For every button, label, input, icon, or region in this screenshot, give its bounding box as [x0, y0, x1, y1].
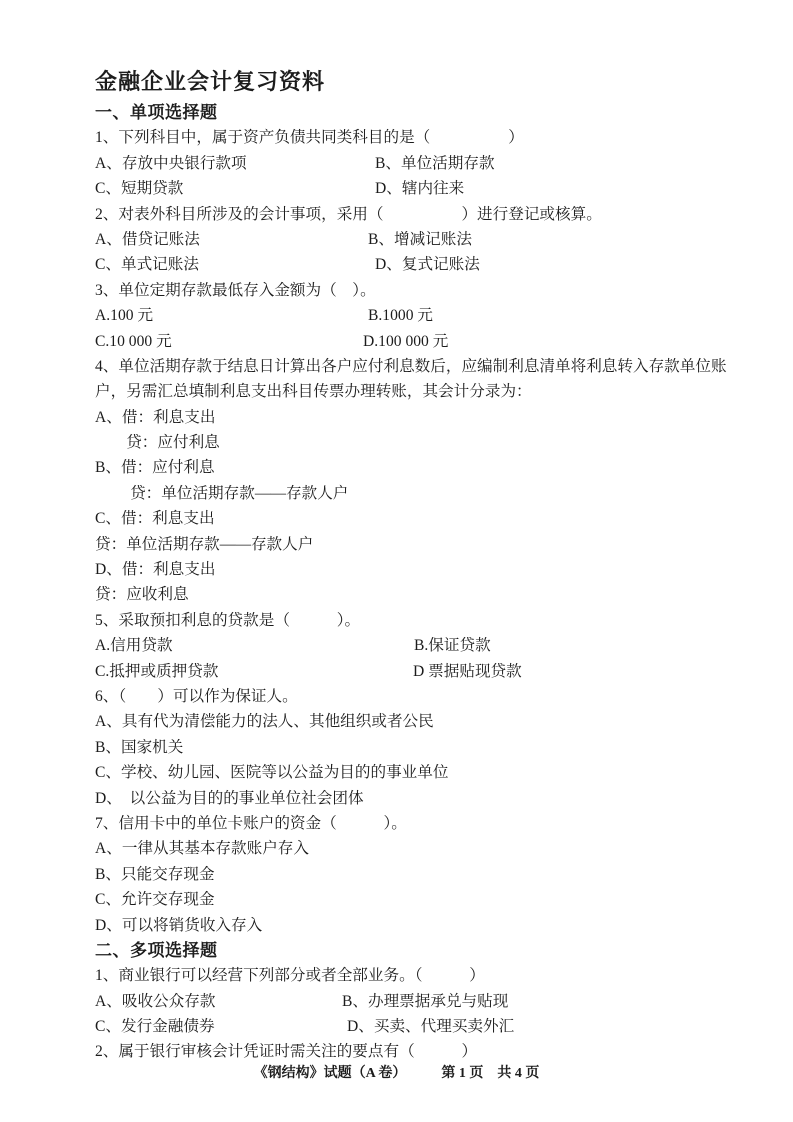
line-text: 7、信用卡中的单位卡账户的资金（ ）。 [95, 811, 407, 836]
line-text-column-2: B、增减记账法 [368, 227, 472, 252]
text-line: D、可以将销货收入存入 [95, 913, 745, 938]
line-text-column-2: D.100 000 元 [363, 329, 448, 354]
line-text-column-2: B.保证贷款 [414, 633, 491, 658]
line-text: 6、（ ）可以作为保证人。 [95, 684, 298, 709]
text-line: C、允许交存现金 [95, 887, 745, 912]
text-line: 6、（ ）可以作为保证人。 [95, 684, 745, 709]
line-text: A、借贷记账法 [95, 227, 200, 252]
text-line: A、一律从其基本存款账户存入 [95, 836, 745, 861]
text-line: 7、信用卡中的单位卡账户的资金（ ）。 [95, 811, 745, 836]
text-line: B、只能交存现金 [95, 862, 745, 887]
text-line: 4、单位活期存款于结息日计算出各户应付利息数后，应编制利息清单将利息转入存款单位… [95, 354, 745, 379]
text-line: 5、采取预扣利息的贷款是（ ）。 [95, 608, 745, 633]
text-line: C.抵押或质押贷款D 票据贴现贷款 [95, 659, 745, 684]
text-line: C、学校、幼儿园、医院等以公益为目的的事业单位 [95, 760, 745, 785]
section-heading: 二、多项选择题 [95, 938, 745, 963]
text-line: A、借：利息支出 [95, 405, 745, 430]
text-line: 贷：应收利息 [95, 582, 745, 607]
document-body: 一、单项选择题1、下列科目中，属于资产负债共同类科目的是（ ）A、存放中央银行款… [95, 100, 745, 1065]
line-text: A、吸收公众存款 [95, 989, 215, 1014]
text-line: B、国家机关 [95, 735, 745, 760]
line-text: 1、商业银行可以经营下列部分或者全部业务。（ ） [95, 963, 485, 988]
text-line: A、存放中央银行款项B、单位活期存款 [95, 151, 745, 176]
line-text-column-2: D 票据贴现贷款 [413, 659, 522, 684]
line-text: 一、单项选择题 [95, 100, 218, 125]
line-text: 贷：单位活期存款——存款人户 [95, 532, 313, 557]
text-line: 3、单位定期存款最低存入金额为（ ）。 [95, 278, 745, 303]
line-text: 5、采取预扣利息的贷款是（ ）。 [95, 608, 360, 633]
line-text: 1、下列科目中，属于资产负债共同类科目的是（ ） [95, 125, 524, 150]
text-line: A、借贷记账法B、增减记账法 [95, 227, 745, 252]
line-text-column-2: D、复式记账法 [375, 252, 480, 277]
text-line: 1、商业银行可以经营下列部分或者全部业务。（ ） [95, 963, 745, 988]
line-text: A.信用贷款 [95, 633, 173, 658]
text-line: 贷：单位活期存款——存款人户 [95, 481, 745, 506]
text-line: A.100 元B.1000 元 [95, 303, 745, 328]
text-line: C、发行金融债券D、买卖、代理买卖外汇 [95, 1014, 745, 1039]
text-line: D、 以公益为目的的事业单位社会团体 [95, 786, 745, 811]
line-text: B、借：应付利息 [95, 455, 215, 480]
line-text: 4、单位活期存款于结息日计算出各户应付利息数后，应编制利息清单将利息转入存款单位… [95, 354, 727, 379]
text-line: C、短期贷款D、辖内往来 [95, 176, 745, 201]
text-line: A、吸收公众存款B、办理票据承兑与贴现 [95, 989, 745, 1014]
text-line: A.信用贷款B.保证贷款 [95, 633, 745, 658]
text-line: A、具有代为清偿能力的法人、其他组织或者公民 [95, 709, 745, 734]
line-text-column-2: B、办理票据承兑与贴现 [342, 989, 508, 1014]
line-text: 贷：单位活期存款——存款人户 [95, 481, 348, 506]
page-footer: 《钢结构》试题（A 卷） 第 1 页 共 4 页 [0, 1064, 793, 1084]
text-line: 2、对表外科目所涉及的会计事项，采用（ ）进行登记或核算。 [95, 202, 745, 227]
document-content: 金融企业会计复习资料 一、单项选择题1、下列科目中，属于资产负债共同类科目的是（… [95, 66, 745, 1065]
text-line: C、借：利息支出 [95, 506, 745, 531]
text-line: C.10 000 元D.100 000 元 [95, 329, 745, 354]
line-text: C、单式记账法 [95, 252, 199, 277]
line-text: A、一律从其基本存款账户存入 [95, 836, 309, 861]
line-text: 2、对表外科目所涉及的会计事项，采用（ ）进行登记或核算。 [95, 202, 602, 227]
text-line: C、单式记账法D、复式记账法 [95, 252, 745, 277]
line-text: D、可以将销货收入存入 [95, 913, 262, 938]
document-page: 金融企业会计复习资料 一、单项选择题1、下列科目中，属于资产负债共同类科目的是（… [0, 0, 793, 1122]
line-text: D、借：利息支出 [95, 557, 215, 582]
line-text: A、存放中央银行款项 [95, 151, 247, 176]
line-text: D、 以公益为目的的事业单位社会团体 [95, 786, 364, 811]
line-text: 3、单位定期存款最低存入金额为（ ）。 [95, 278, 376, 303]
line-text-column-2: B、单位活期存款 [375, 151, 495, 176]
text-line: D、借：利息支出 [95, 557, 745, 582]
line-text: C.10 000 元 [95, 329, 172, 354]
line-text: 户，另需汇总填制利息支出科目传票办理转账，其会计分录为： [95, 379, 532, 404]
line-text: 2、属于银行审核会计凭证时需关注的要点有（ ） [95, 1039, 477, 1064]
text-line: 贷：单位活期存款——存款人户 [95, 532, 745, 557]
section-heading: 一、单项选择题 [95, 100, 745, 125]
line-text-column-2: D、买卖、代理买卖外汇 [347, 1014, 514, 1039]
line-text: A.100 元 [95, 303, 153, 328]
line-text: C、允许交存现金 [95, 887, 215, 912]
line-text: B、国家机关 [95, 735, 183, 760]
document-title: 金融企业会计复习资料 [95, 66, 745, 97]
line-text: C、发行金融债券 [95, 1014, 215, 1039]
line-text: C、学校、幼儿园、医院等以公益为目的的事业单位 [95, 760, 448, 785]
text-line: 贷：应付利息 [95, 430, 745, 455]
text-line: 2、属于银行审核会计凭证时需关注的要点有（ ） [95, 1039, 745, 1064]
line-text: C.抵押或质押贷款 [95, 659, 218, 684]
line-text: 二、多项选择题 [95, 938, 218, 963]
line-text: 贷：应付利息 [95, 430, 220, 455]
line-text: B、只能交存现金 [95, 862, 215, 887]
line-text: A、具有代为清偿能力的法人、其他组织或者公民 [95, 709, 434, 734]
line-text: A、借：利息支出 [95, 405, 215, 430]
line-text-column-2: D、辖内往来 [375, 176, 464, 201]
line-text: C、短期贷款 [95, 176, 183, 201]
text-line: 1、下列科目中，属于资产负债共同类科目的是（ ） [95, 125, 745, 150]
text-line: 户，另需汇总填制利息支出科目传票办理转账，其会计分录为： [95, 379, 745, 404]
line-text-column-2: B.1000 元 [368, 303, 433, 328]
line-text: C、借：利息支出 [95, 506, 215, 531]
line-text: 贷：应收利息 [95, 582, 189, 607]
text-line: B、借：应付利息 [95, 455, 745, 480]
